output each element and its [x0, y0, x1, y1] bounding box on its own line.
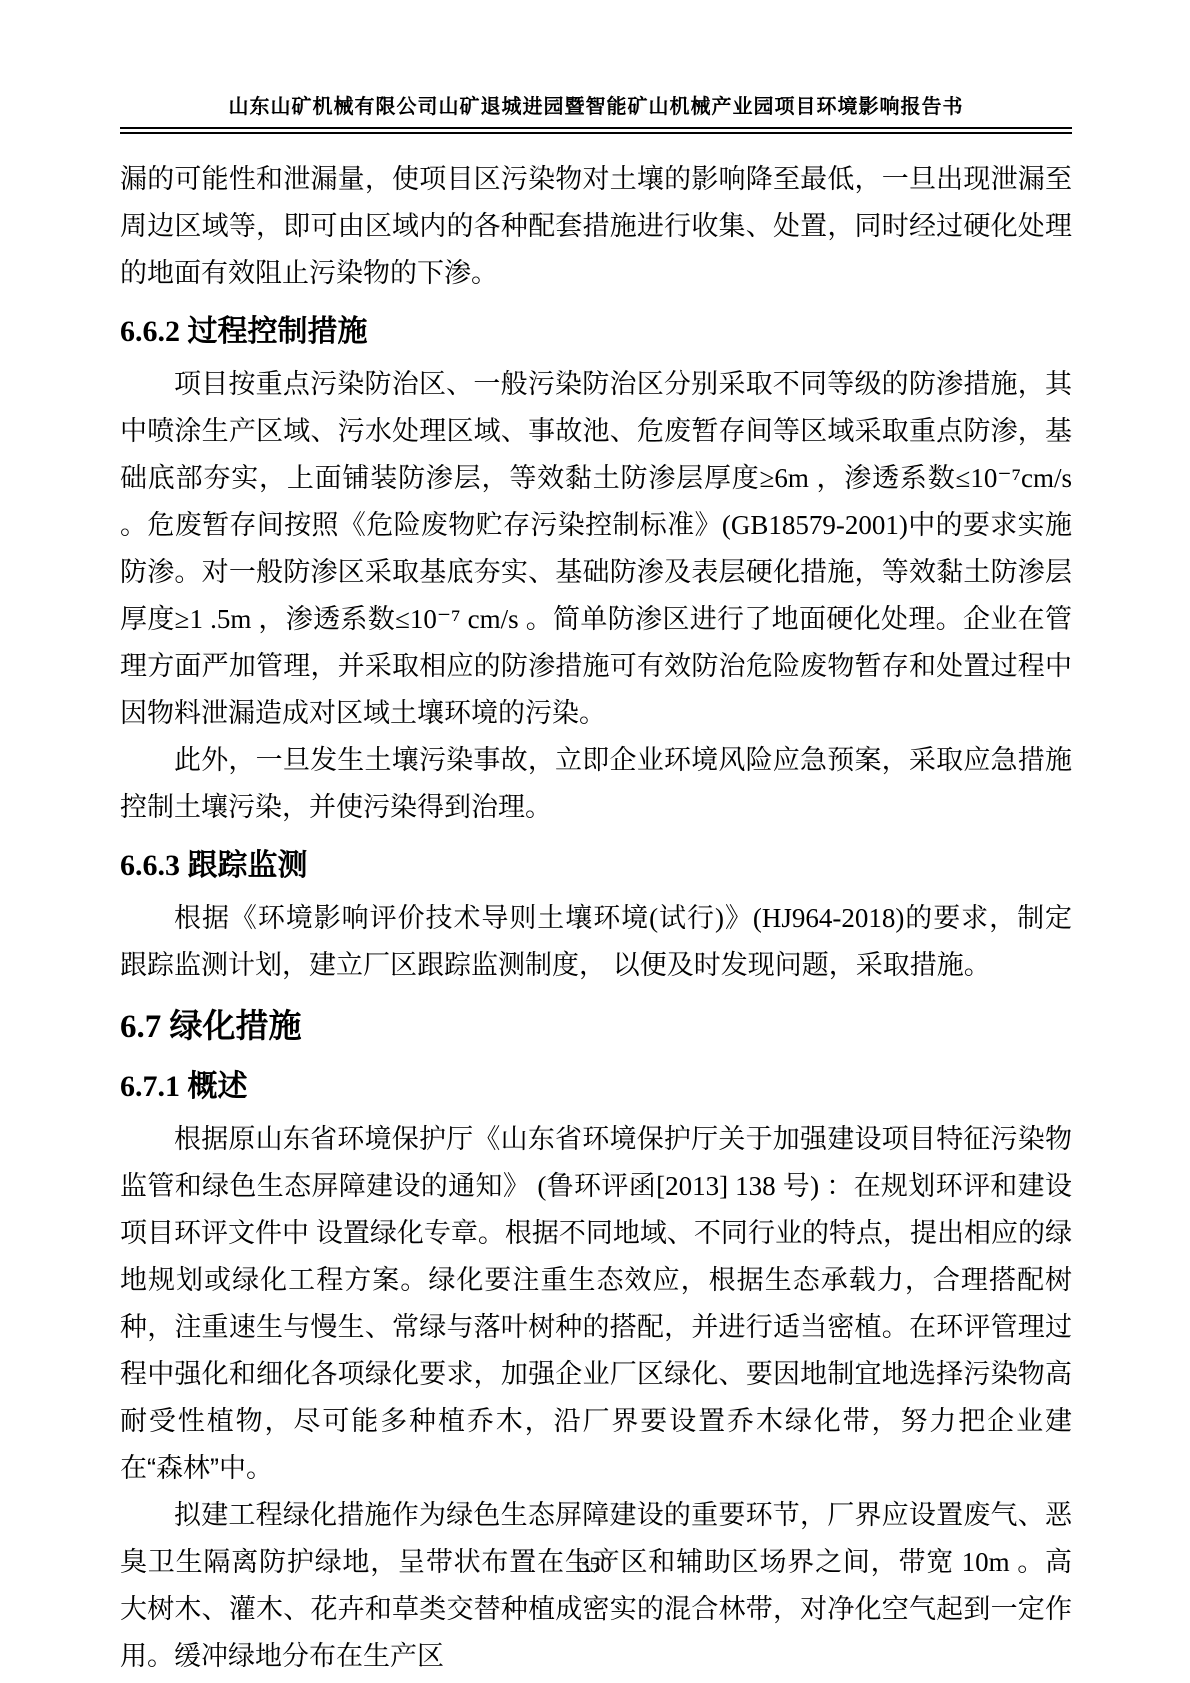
paragraph-runover-leak-control: 漏的可能性和泄漏量，使项目区污染物对土壤的影响降至最低，一旦出现泄漏至周边区域等…: [120, 156, 1072, 297]
page-header: 山东山矿机械有限公司山矿退城进园暨智能矿山机械产业园项目环境影响报告书: [120, 0, 1072, 134]
section-heading-6-7: 6.7 绿化措施: [120, 1001, 1072, 1052]
page-number: 350: [579, 1552, 612, 1577]
paragraph-soil-accident-response: 此外，一旦发生土壤污染事故，立即企业环境风险应急预案，采取应急措施控制土壤污染，…: [120, 737, 1072, 831]
document-page: 山东山矿机械有限公司山矿退城进园暨智能矿山机械产业园项目环境影响报告书 漏的可能…: [0, 0, 1190, 1683]
section-heading-6-7-1: 6.7.1 概述: [120, 1064, 1072, 1110]
paragraph-greening-buffer-belt: 拟建工程绿化措施作为绿色生态屏障建设的重要环节，厂界应设置废气、恶臭卫生隔离防护…: [120, 1492, 1072, 1680]
section-heading-6-6-3: 6.6.3 跟踪监测: [120, 843, 1072, 889]
page-footer: 350: [0, 1552, 1190, 1578]
report-header-title: 山东山矿机械有限公司山矿退城进园暨智能矿山机械产业园项目环境影响报告书: [120, 0, 1072, 120]
header-double-rule: [120, 127, 1072, 134]
section-heading-6-6-2: 6.6.2 过程控制措施: [120, 309, 1072, 355]
paragraph-seepage-prevention: 项目按重点污染防治区、一般污染防治区分别采取不同等级的防渗措施，其中喷涂生产区域…: [120, 361, 1072, 737]
paragraph-greening-overview: 根据原山东省环境保护厅《山东省环境保护厅关于加强建设项目特征污染物监管和绿色生态…: [120, 1116, 1072, 1492]
page-body: 漏的可能性和泄漏量，使项目区污染物对土壤的影响降至最低，一旦出现泄漏至周边区域等…: [120, 156, 1072, 1680]
paragraph-tracking-monitoring: 根据《环境影响评价技术导则土壤环境(试行)》(HJ964-2018)的要求，制定…: [120, 895, 1072, 989]
